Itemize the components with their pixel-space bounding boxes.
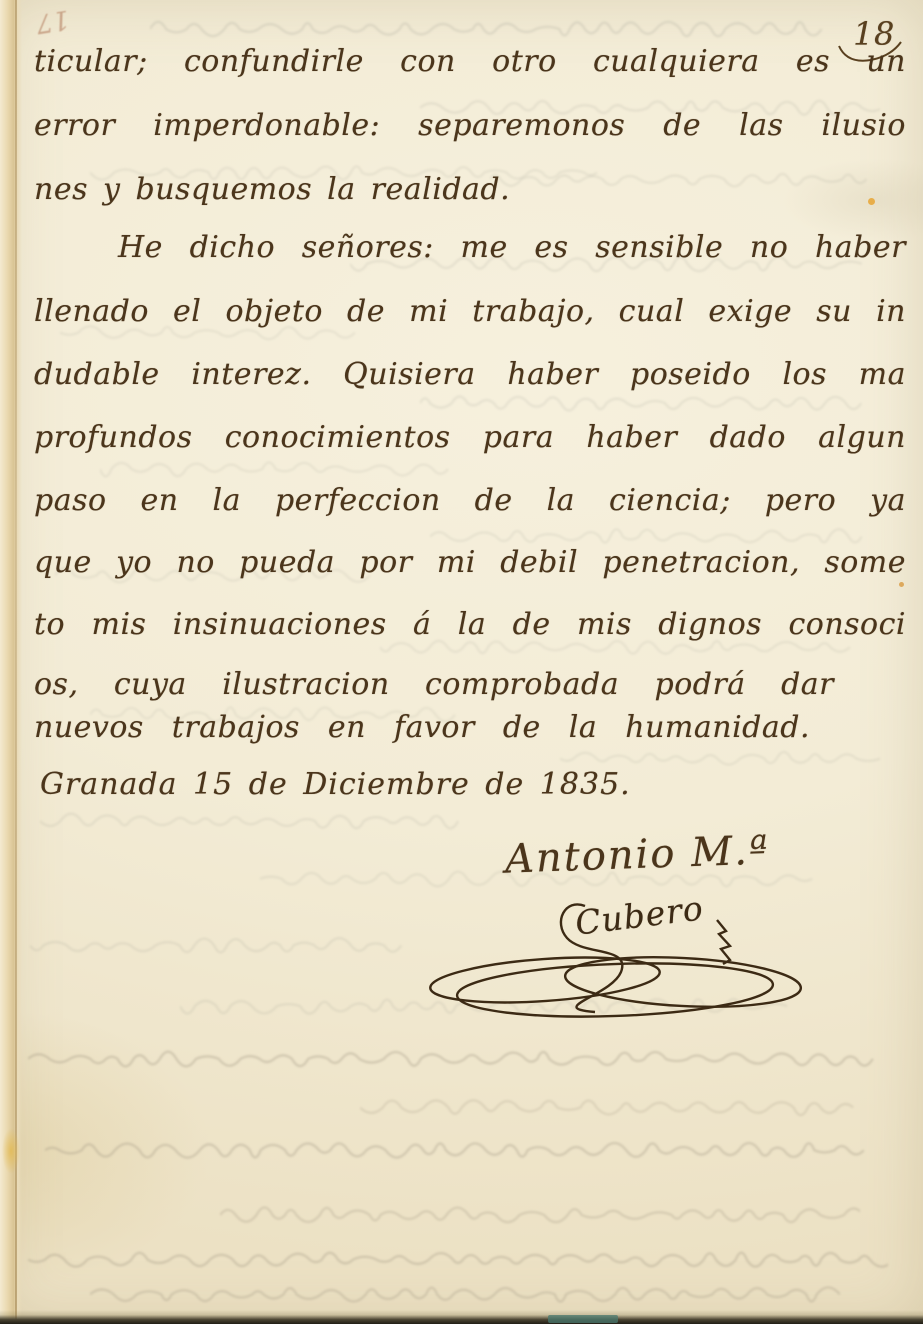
manuscript-line: paso en la perfeccion de la ciencia; per… [34,479,906,523]
bleedthrough-line [28,1046,888,1074]
manuscript-line: nuevos trabajos en favor de la humanidad… [34,706,810,750]
manuscript-line: que yo no pueda por mi debil penetracion… [34,541,906,585]
binding-edge [0,0,22,1324]
manuscript-line: profundos conocimientos para haber dado … [34,416,906,460]
manuscript-line: He dicho señores: me es sensible no habe… [118,226,906,270]
ink-speck [899,582,904,587]
manuscript-page: 17 18 ticular; confundirle con otro cual… [0,0,923,1324]
bleedthrough-line [220,1198,860,1226]
bleedthrough-line [30,928,410,954]
bleedthrough-line [28,1246,888,1274]
manuscript-line: nes y busquemos la realidad. [34,168,906,212]
signature-name: Antonio M.ª [504,827,770,882]
ink-speck [868,198,875,205]
dateline: Granada 15 de Diciembre de 1835. [40,763,912,807]
page-bottom-edge-tint [548,1315,618,1323]
bleedthrough-line [45,1138,875,1166]
manuscript-line: dudable interez. Quisiera haber poseido … [34,353,906,397]
bleedthrough-line [40,805,470,831]
manuscript-line: ticular; confundirle con otro cualquiera… [34,40,906,84]
bleedthrough-line [90,1282,850,1310]
bleedthrough-line [150,16,830,42]
stain [2,1128,20,1174]
manuscript-line: error imperdonable: separemonos de las i… [34,104,906,148]
manuscript-line: to mis insinuaciones á la de mis dignos … [34,603,906,647]
manuscript-line: llenado el objeto de mi trabajo, cual ex… [34,290,906,334]
signature: Cubero [425,880,805,1045]
binding-crease [15,0,17,1324]
facing-page-number: 17 [34,4,71,39]
page-bottom-edge [0,1310,923,1324]
bleedthrough-line [360,1092,860,1118]
manuscript-line: os, cuya ilustracion comprobada podrá da… [34,663,834,707]
